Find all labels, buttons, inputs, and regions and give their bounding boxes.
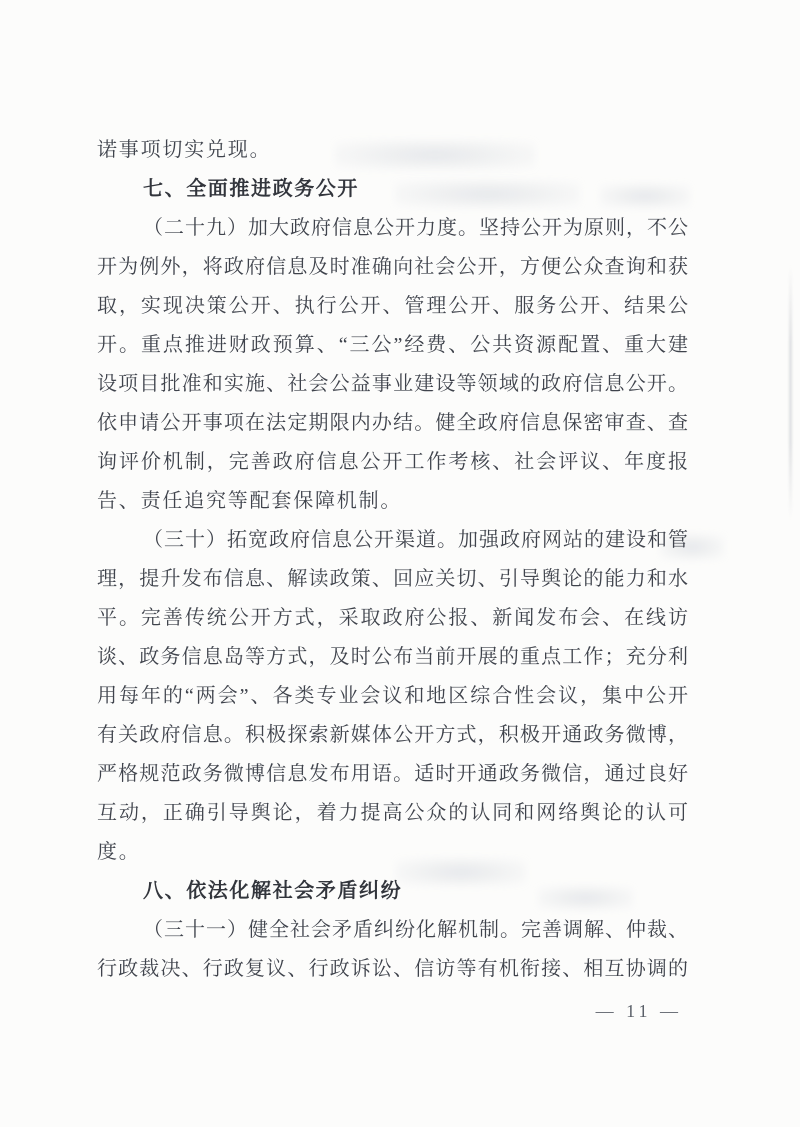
body-text-line: 设项目批准和实施、社会公益事业建设等领域的政府信息公开。 <box>97 365 689 404</box>
body-text-line: 理，提升发布信息、解读政策、回应关切、引导舆论的能力和水 <box>97 560 689 599</box>
body-text-line: 行政裁决、行政复议、行政诉讼、信访等有机衔接、相互协调的 <box>97 950 689 989</box>
body-text-line: 诺事项切实兑现。 <box>97 131 689 170</box>
section-7-heading: 七、全面推进政务公开 <box>97 170 689 209</box>
body-text-line: 开。重点推进财政预算、“三公”经费、公共资源配置、重大建 <box>97 326 689 365</box>
body-text-line: 开为例外，将政府信息及时准确向社会公开，方便公众查询和获 <box>97 248 689 287</box>
body-text-line: 度。 <box>97 833 689 872</box>
body-text-line: 取，实现决策公开、执行公开、管理公开、服务公开、结果公 <box>97 287 689 326</box>
body-text-line: 依申请公开事项在法定期限内办结。健全政府信息保密审查、查 <box>97 404 689 443</box>
scanned-document-page: 诺事项切实兑现。 七、全面推进政务公开 （二十九）加大政府信息公开力度。坚持公开… <box>0 0 800 1127</box>
scan-edge-streak <box>789 265 792 520</box>
body-text-line: 谈、政务信息岛等方式，及时公布当前开展的重点工作；充分利 <box>97 638 689 677</box>
body-text-line: 严格规范政务微博信息发布用语。适时开通政务微信，通过良好 <box>97 755 689 794</box>
body-text-line: 用每年的“两会”、各类专业会议和地区综合性会议，集中公开 <box>97 677 689 716</box>
body-text-line: 互动，正确引导舆论，着力提高公众的认同和网络舆论的认可 <box>97 794 689 833</box>
section-8-heading: 八、依法化解社会矛盾纠纷 <box>97 872 689 911</box>
body-text-line: 平。完善传统公开方式，采取政府公报、新闻发布会、在线访 <box>97 599 689 638</box>
body-text-line: 询评价机制，完善政府信息公开工作考核、社会评议、年度报 <box>97 443 689 482</box>
body-text-line: （二十九）加大政府信息公开力度。坚持公开为原则，不公 <box>97 209 689 248</box>
body-text-line: （三十）拓宽政府信息公开渠道。加强政府网站的建设和管 <box>97 521 689 560</box>
body-text-line: 有关政府信息。积极探索新媒体公开方式，积极开通政务微博， <box>97 716 689 755</box>
body-text-line: （三十一）健全社会矛盾纠纷化解机制。完善调解、仲裁、 <box>97 911 689 950</box>
page-number: — 11 — <box>596 999 682 1023</box>
body-text-line: 告、责任追究等配套保障机制。 <box>97 482 689 521</box>
document-body: 诺事项切实兑现。 七、全面推进政务公开 （二十九）加大政府信息公开力度。坚持公开… <box>97 131 689 989</box>
